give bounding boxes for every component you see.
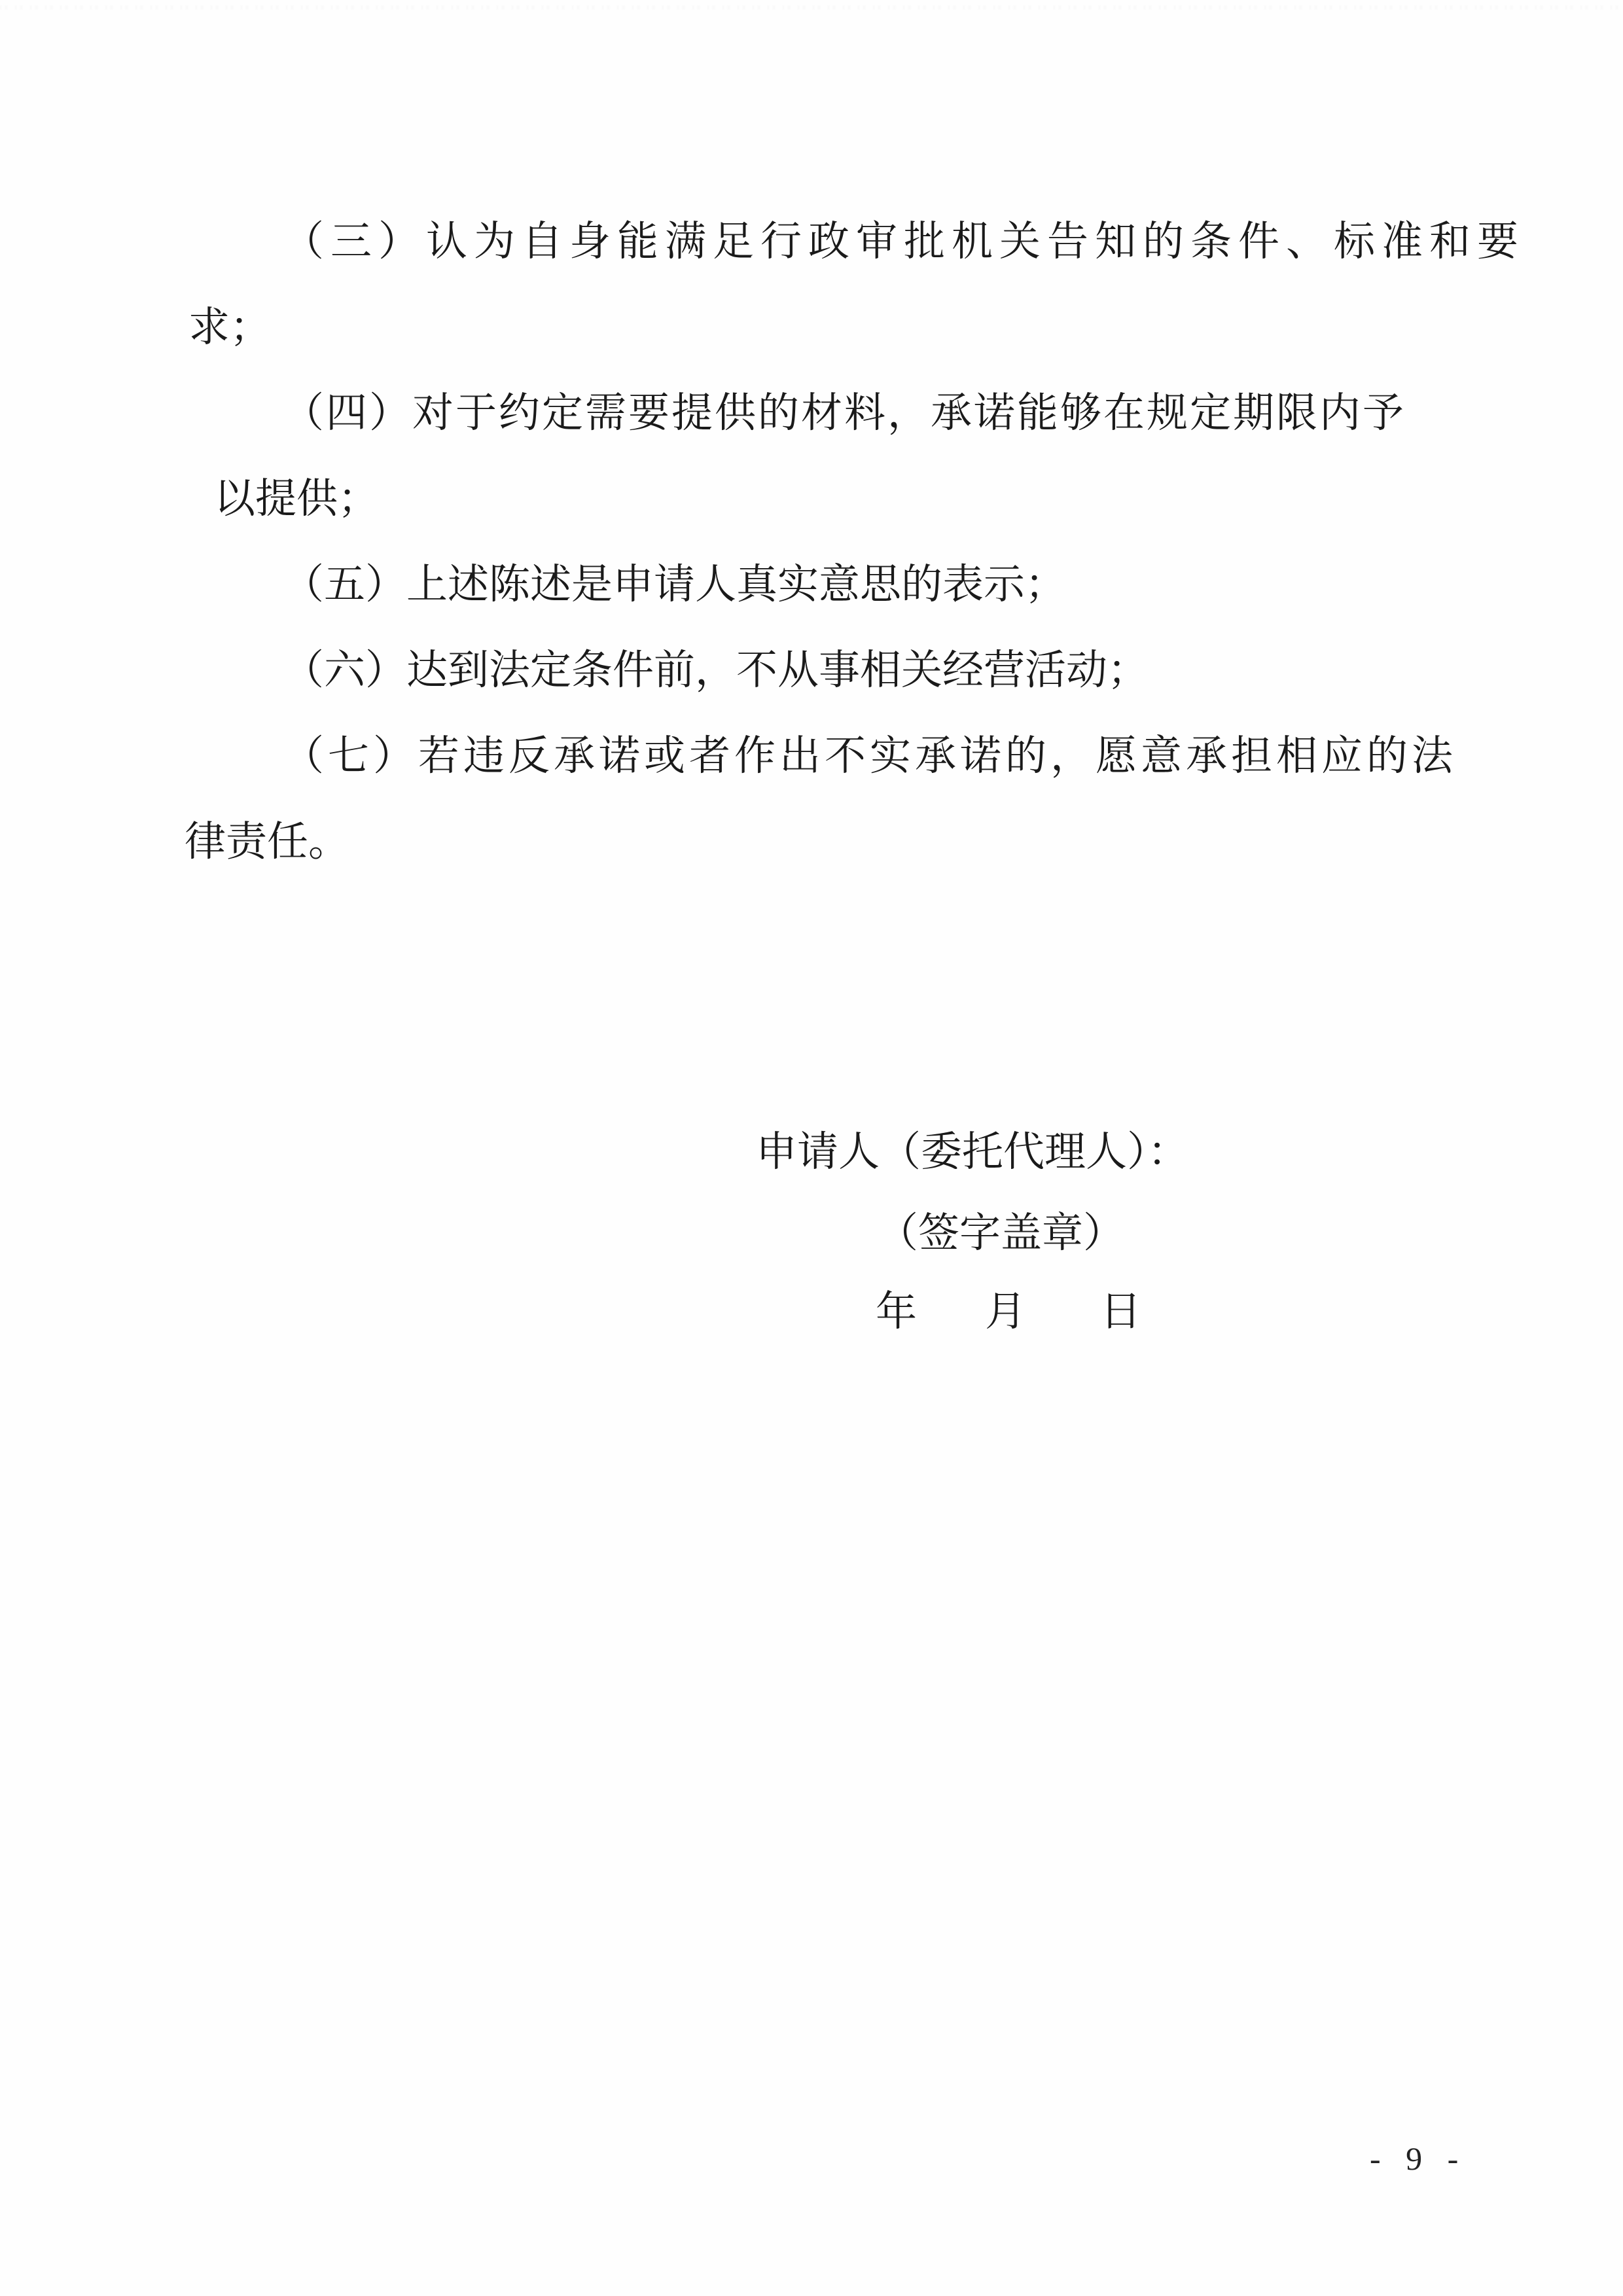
clause-6-line: （六）达到法定条件前，不从事相关经营活动； — [283, 647, 1149, 694]
page-number: - 9 - — [1370, 2140, 1467, 2177]
date-day-label: 日 — [1100, 1289, 1141, 1335]
clause-3-line-2: 求； — [188, 304, 271, 351]
clause-3-line-1: （三）认为自身能满足行政审批机关告知的条件、标准和要 — [283, 218, 1525, 265]
date-year-label: 年 — [876, 1289, 917, 1335]
signature-seal-label: （签字盖章） — [877, 1210, 1124, 1257]
signature-date-line: 年月日 — [876, 1288, 1141, 1335]
scan-artifact — [0, 5, 1623, 10]
clause-7-line-2: 律责任。 — [185, 818, 349, 865]
date-month-label: 月 — [985, 1289, 1026, 1335]
clause-4-line-2: 以提供； — [214, 475, 379, 522]
document-page: （三）认为自身能满足行政审批机关告知的条件、标准和要 求； （四）对于约定需要提… — [0, 0, 1623, 2296]
signature-applicant-label: 申请人（委托代理人）： — [756, 1128, 1189, 1175]
scanned-document-page: { "document": { "body_lines": [ "（三）认为自身… — [0, 0, 1623, 2296]
clause-5-line: （五）上述陈述是申请人真实意思的表示； — [283, 561, 1066, 608]
clause-7-line-1: （七）若违反承诺或者作出不实承诺的，愿意承担相应的法 — [283, 732, 1457, 780]
clause-4-line-1: （四）对于约定需要提供的材料，承诺能够在规定期限内予 — [283, 389, 1406, 437]
